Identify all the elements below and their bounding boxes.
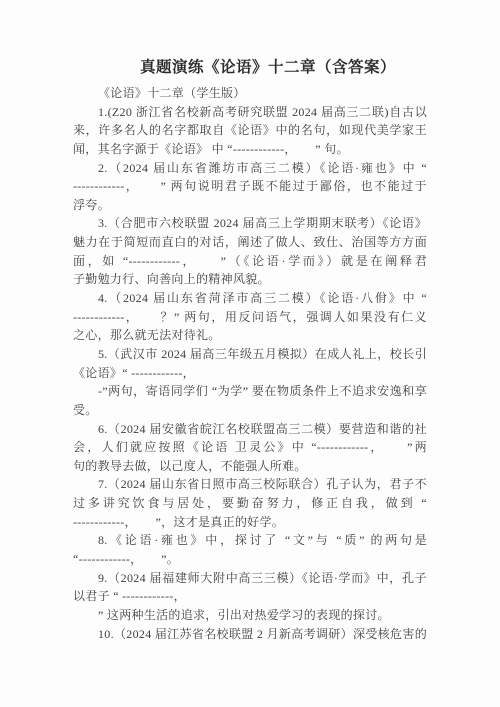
question-1-line: 闻，其名字源于《论语》 中 “------------， ” 句。 xyxy=(73,140,427,159)
question-5-line: -”两句，寄语同学们 “为学” 要在物质条件上不追求安逸和享 xyxy=(73,382,427,401)
question-8-line: “------------， ”。 xyxy=(73,550,427,569)
question-6-line: 6.（2024 届安徽省皖江名校联盟高三二模）要营造和谐的社 xyxy=(73,420,427,439)
page-title: 真题演练《论语》十二章（含答案） xyxy=(73,55,427,77)
question-2-line: 浮夸。 xyxy=(73,196,427,215)
question-5-line: 《论语》“ ------------， xyxy=(73,364,427,383)
question-1-line: 来，许多名人的名字都取自《论语》中的名句，如现代美学家王朝 xyxy=(73,121,427,140)
question-8-line: 8.《论语·雍也》中，探讨了 “文”与 “质” 的两句是 xyxy=(73,531,427,550)
question-1-line: 1.(Z20 浙江省名校新高考研究联盟 2024 届高三二联)自古以 xyxy=(73,103,427,122)
question-6-line: 会，人们就应按照《论语 卫灵公》中 “------------， ”两 xyxy=(73,438,427,457)
question-10-line: 10.（2024 届江苏省名校联盟 2 月新高考调研）深受核危害的 xyxy=(73,625,427,644)
question-7-line: 过多讲究饮食与居处，要勤奋努力，修正自我，做到 “ xyxy=(73,494,427,513)
question-3-line: 子勤勉力行、向善向上的精神风貌。 xyxy=(73,270,427,289)
question-7-line: 7.（2024 届山东省日照市高三校际联合）孔子认为，君子不应 xyxy=(73,475,427,494)
document-page: 真题演练《论语》十二章（含答案） 《论语》十二章（学生版） 1.(Z20 浙江省… xyxy=(0,0,500,707)
question-9-line: 9.（2024 届福建师大附中高三三模）《论语·学而》中，孔子 xyxy=(73,569,427,588)
question-3-line: 面，如 “------------， ”（《论语·学而》）就是在阐释君 xyxy=(73,252,427,271)
question-5-line: 5.（武汉市 2024 届高三年级五月模拟）在成人礼上，校长引用 xyxy=(73,345,427,364)
question-3-line: 魅力在于简短而直白的对话，阐述了做人、致仕、治国等方方面 xyxy=(73,233,427,252)
question-2-line: 2.（2024 届山东省潍坊市高三二模）《论语·雍也》中 “ xyxy=(73,159,427,178)
question-3-line: 3.（合肥市六校联盟 2024 届高三上学期期末联考）《论语》的 xyxy=(73,214,427,233)
question-6-line: 句的教导去做，以己度人，不能强人所难。 xyxy=(73,457,427,476)
question-2-line: ------------， ” 两句说明君子既不能过于鄙俗，也不能过于 xyxy=(73,177,427,196)
document-body: 《论语》十二章（学生版） 1.(Z20 浙江省名校新高考研究联盟 2024 届高… xyxy=(73,84,427,643)
question-7-line: ------------， ”，这才是真正的好学。 xyxy=(73,513,427,532)
question-9-line: ” 这两种生活的追求，引出对热爱学习的表现的探讨。 xyxy=(73,606,427,625)
question-5-line: 受。 xyxy=(73,401,427,420)
question-4-line: 之心，那么就无法对待礼。 xyxy=(73,326,427,345)
question-4-line: 4.（2024 届山东省菏泽市高三二模）《论语·八佾》中 “ xyxy=(73,289,427,308)
question-9-line: 以君子 “ ------------， xyxy=(73,587,427,606)
subtitle-student-version: 《论语》十二章（学生版） xyxy=(73,84,427,103)
question-4-line: ------------， ？” 两句，用反问语气，强调人如果没有仁义 xyxy=(73,308,427,327)
